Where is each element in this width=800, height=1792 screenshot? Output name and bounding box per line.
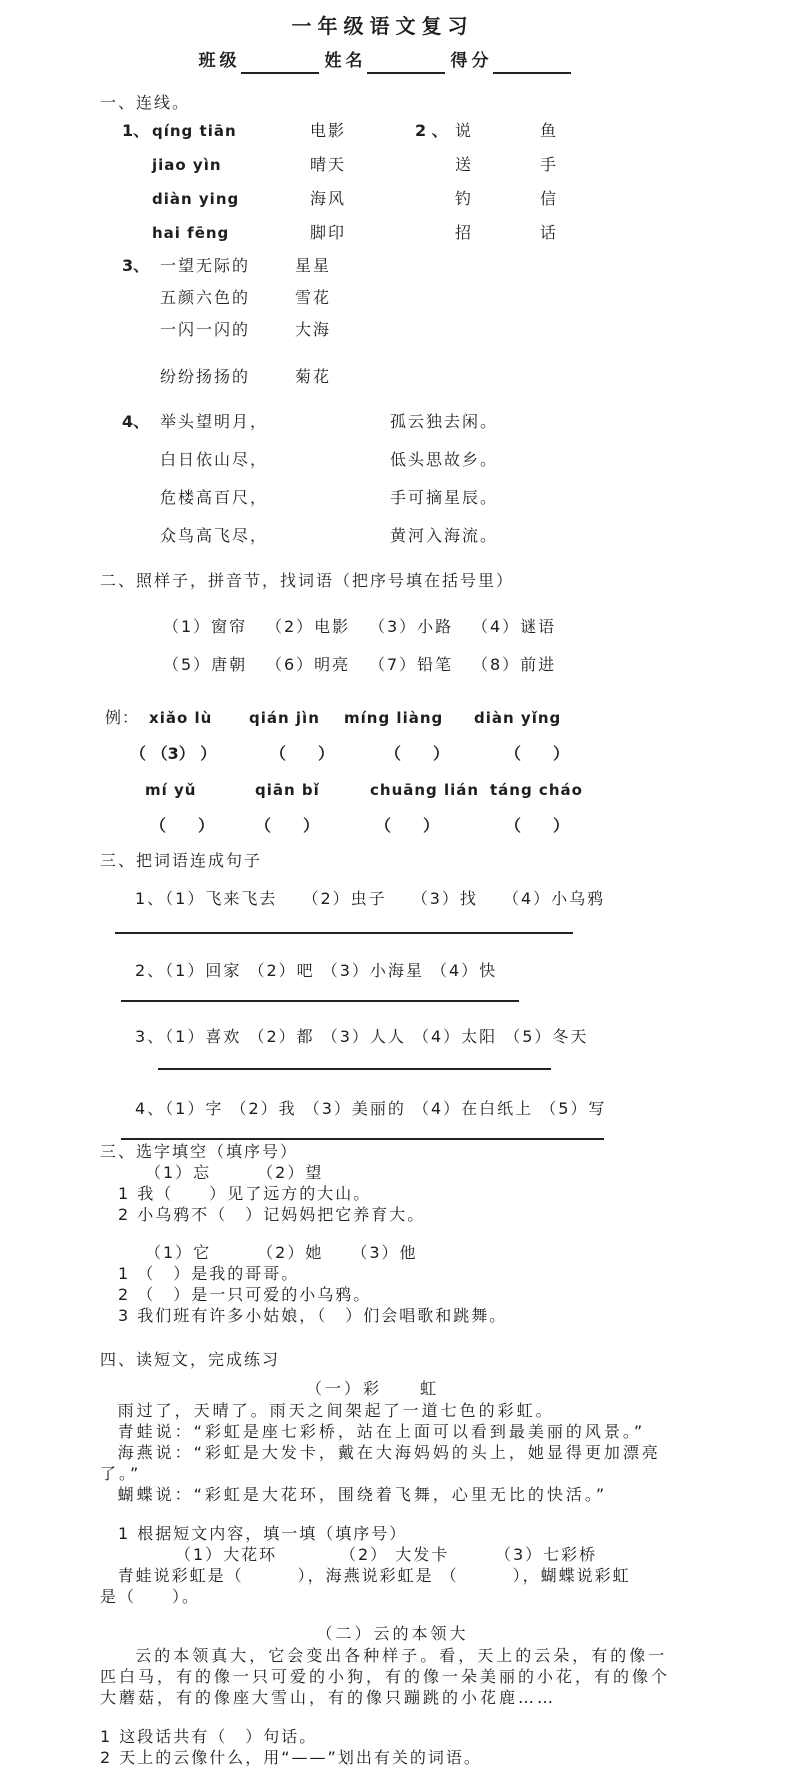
poem-line: 白日依山尽， bbox=[160, 449, 390, 471]
match-word: 大海 bbox=[295, 319, 331, 341]
passage1-title: （一）彩 虹 bbox=[100, 1378, 705, 1400]
pinyin-row: mí yǔ qiān bǐ chuāng lián táng cháo bbox=[145, 772, 705, 808]
match-word: 海风 bbox=[310, 188, 415, 210]
match-row: 危楼高百尺， 手可摘星辰。 bbox=[122, 479, 705, 517]
word-list-row: （1）窗帘 （2）电影 （3）小路 （4）谜语 bbox=[163, 608, 705, 646]
answer-bracket-row: （ ） （ ） （ ） （ ） bbox=[150, 808, 705, 844]
match-row: 众鸟高飞尽， 黄河入海流。 bbox=[122, 517, 705, 555]
poem-line: 黄河入海流。 bbox=[390, 525, 498, 547]
pinyin-word: diàn yǐng bbox=[474, 707, 561, 729]
match-word: 钓 bbox=[455, 188, 540, 210]
pinyin-word: chuāng lián bbox=[370, 779, 490, 801]
group1-number: 1、 bbox=[122, 120, 152, 142]
pinyin-word: diàn ying bbox=[152, 188, 310, 210]
section4-heading: 三、选字填空（填序号） bbox=[100, 1141, 705, 1162]
class-blank-line bbox=[241, 48, 319, 74]
pinyin-example-row: 例： xiǎo lù qián jìn míng liàng diàn yǐng bbox=[105, 700, 705, 736]
match-row: 1、 qíng tiān 电影 2 、 说 鱼 bbox=[122, 114, 705, 148]
example-label: 例： bbox=[105, 707, 139, 729]
pinyin-word: hai fēng bbox=[152, 222, 310, 244]
match-word: 话 bbox=[540, 222, 558, 244]
group2-number: 2 、 bbox=[415, 120, 455, 142]
pinyin-word: jiao yìn bbox=[152, 154, 310, 176]
passage1-line: 雨过了，天晴了。雨天之间架起了一道七色的彩虹。 bbox=[100, 1400, 705, 1421]
passage2-line: 云的本领真大，它会变出各种样子。看，天上的云朵，有的像一 bbox=[100, 1645, 705, 1666]
group4-number: 4、 bbox=[122, 411, 160, 433]
section5-heading: 四、读短文，完成练习 bbox=[100, 1349, 705, 1371]
sentence-words-item: 3、（1）喜欢 （2）都 （3）人人 （4）太阳 （5）冬天 bbox=[135, 1026, 705, 1048]
match-row: jiao yìn 晴天 送 手 bbox=[122, 148, 705, 182]
fill-question: 3 我们班有许多小姑娘，（ ）们会唱歌和跳舞。 bbox=[118, 1305, 705, 1326]
pinyin-word: xiǎo lù bbox=[149, 707, 249, 729]
worksheet-page: 一年级语文复习 班级 姓名 得分 一、连线。 1、 qíng tiān 电影 2… bbox=[0, 0, 800, 1792]
passage2-question: 2 天上的云像什么，用“——”划出有关的词语。 bbox=[100, 1747, 705, 1768]
match-row: 白日依山尽， 低头思故乡。 bbox=[122, 441, 705, 479]
page-title: 一年级语文复习 bbox=[100, 12, 705, 40]
name-label: 姓名 bbox=[325, 48, 367, 74]
poem-line: 孤云独去闲。 bbox=[390, 411, 498, 433]
group3-number: 3、 bbox=[122, 255, 160, 277]
score-blank-line bbox=[493, 48, 571, 74]
class-label: 班级 bbox=[199, 48, 241, 74]
match-word: 脚印 bbox=[310, 222, 415, 244]
match-word: 雪花 bbox=[295, 287, 331, 309]
match-word: 手 bbox=[540, 154, 558, 176]
sentence-words-item: 2、（1）回家 （2）吧 （3）小海星 （4）快 bbox=[135, 960, 705, 982]
option-item: （2） 大发卡 bbox=[340, 1544, 495, 1565]
word-option: （6）明亮 bbox=[266, 654, 369, 676]
match-word: 鱼 bbox=[540, 120, 558, 142]
word-option: （8）前进 bbox=[472, 654, 556, 676]
match-row: 纷纷扬扬的 菊花 bbox=[122, 361, 705, 393]
passage2-line: 大蘑菇，有的像座大雪山，有的像只蹦跳的小花鹿…… bbox=[100, 1687, 705, 1708]
passage2-question: 1 这段话共有（ ）句话。 bbox=[100, 1726, 705, 1747]
name-blank-line bbox=[367, 48, 445, 74]
match-row: hai fēng 脚印 招 话 bbox=[122, 216, 705, 250]
match-phrase: 纷纷扬扬的 bbox=[160, 366, 295, 388]
match-word: 信 bbox=[540, 188, 558, 210]
sentence-words-item: 1、（1）飞来飞去 （2）虫子 （3）找 （4）小乌鸦 bbox=[135, 888, 705, 910]
answer-bracket: （ ） bbox=[270, 743, 385, 765]
character-choices: （1）忘 （2）望 bbox=[145, 1162, 705, 1183]
match-row: 五颜六色的 雪花 bbox=[122, 282, 705, 314]
match-row: 4、 举头望明月， 孤云独去闲。 bbox=[122, 403, 705, 441]
header-fields: 班级 姓名 得分 bbox=[100, 48, 705, 74]
match-word: 送 bbox=[455, 154, 540, 176]
answer-bracket: （ ） bbox=[505, 743, 569, 765]
option-item: （1）大花环 bbox=[175, 1544, 340, 1565]
match-row: 3、 一望无际的 星星 bbox=[122, 250, 705, 282]
match-word: 招 bbox=[455, 222, 540, 244]
poem-line: 众鸟高飞尽， bbox=[160, 525, 390, 547]
passage2-title: （二）云的本领大 bbox=[100, 1623, 705, 1645]
word-option: （5）唐朝 bbox=[163, 654, 266, 676]
pinyin-word: táng cháo bbox=[490, 779, 583, 801]
match-word: 晴天 bbox=[310, 154, 415, 176]
passage1-fill-line: 是（ ）。 bbox=[100, 1586, 705, 1607]
word-option: （7）铅笔 bbox=[369, 654, 472, 676]
answer-line bbox=[115, 932, 573, 934]
word-option: （3）小路 bbox=[369, 616, 472, 638]
passage1-line: 海燕说：“彩虹是大发卡，戴在大海妈妈的头上，她显得更加漂亮 bbox=[100, 1442, 705, 1463]
match-phrase: 五颜六色的 bbox=[160, 287, 295, 309]
match-phrase: 一闪一闪的 bbox=[160, 319, 295, 341]
answer-line bbox=[121, 1138, 604, 1140]
character-choices: （1）它 （2）她 （3）他 bbox=[145, 1242, 705, 1263]
answer-bracket: （ ） bbox=[255, 815, 375, 837]
fill-question: 1 我（ ）见了远方的大山。 bbox=[118, 1183, 705, 1204]
answer-bracket: （ ） bbox=[505, 815, 569, 837]
word-option: （4）谜语 bbox=[472, 616, 556, 638]
word-list-row: （5）唐朝 （6）明亮 （7）铅笔 （8）前进 bbox=[163, 646, 705, 684]
passage1-line: 蝴蝶说：“彩虹是大花环，围绕着飞舞，心里无比的快活。” bbox=[100, 1484, 705, 1505]
match-word: 星星 bbox=[295, 255, 331, 277]
section2-heading: 二、照样子，拼音节，找词语（把序号填在括号里） bbox=[100, 570, 705, 592]
sentence-words-item: 4、（1）字 （2）我 （3）美丽的 （4）在白纸上 （5）写 bbox=[135, 1098, 705, 1120]
poem-line: 手可摘星辰。 bbox=[390, 487, 498, 509]
passage1-options-row: （1）大花环 （2） 大发卡 （3）七彩桥 bbox=[175, 1544, 705, 1565]
fill-question: 1 （ ）是我的哥哥。 bbox=[118, 1263, 705, 1284]
answer-bracket: （ （3） ） bbox=[130, 743, 270, 765]
option-item: （3）七彩桥 bbox=[495, 1544, 597, 1565]
answer-bracket: （ ） bbox=[375, 815, 505, 837]
answer-line bbox=[121, 1000, 519, 1002]
pinyin-word: míng liàng bbox=[344, 707, 474, 729]
pinyin-word: qíng tiān bbox=[152, 120, 310, 142]
section3-heading: 三、把词语连成句子 bbox=[100, 850, 705, 872]
fill-question: 2 （ ）是一只可爱的小乌鸦。 bbox=[118, 1284, 705, 1305]
answer-line bbox=[158, 1068, 551, 1070]
word-option: （2）电影 bbox=[266, 616, 369, 638]
score-label: 得分 bbox=[451, 48, 493, 74]
passage2-line: 匹白马，有的像一只可爱的小狗，有的像一朵美丽的小花，有的像个 bbox=[100, 1666, 705, 1687]
answer-bracket: （ ） bbox=[150, 815, 255, 837]
poem-line: 低头思故乡。 bbox=[390, 449, 498, 471]
pinyin-word: qiān bǐ bbox=[255, 779, 370, 801]
fill-question: 2 小乌鸦不（ ）记妈妈把它养育大。 bbox=[118, 1204, 705, 1225]
pinyin-word: qián jìn bbox=[249, 707, 344, 729]
match-word: 电影 bbox=[310, 120, 415, 142]
passage1-question-heading: 1 根据短文内容，填一填（填序号） bbox=[118, 1523, 705, 1544]
match-row: 一闪一闪的 大海 bbox=[122, 314, 705, 346]
poem-line: 危楼高百尺， bbox=[160, 487, 390, 509]
match-word: 菊花 bbox=[295, 366, 331, 388]
passage1-line: 了。” bbox=[100, 1463, 705, 1484]
match-row: diàn ying 海风 钓 信 bbox=[122, 182, 705, 216]
pinyin-word: mí yǔ bbox=[145, 779, 255, 801]
match-word: 说 bbox=[455, 120, 540, 142]
passage1-fill-line: 青蛙说彩虹是（ ），海燕说彩虹是 （ ），蝴蝶说彩虹 bbox=[100, 1565, 705, 1586]
section1-heading: 一、连线。 bbox=[100, 92, 705, 114]
passage1-line: 青蛙说：“彩虹是座七彩桥，站在上面可以看到最美丽的风景。” bbox=[100, 1421, 705, 1442]
answer-bracket: （ ） bbox=[385, 743, 505, 765]
match-phrase: 一望无际的 bbox=[160, 255, 295, 277]
word-option: （1）窗帘 bbox=[163, 616, 266, 638]
answer-bracket-row: （ （3） ） （ ） （ ） （ ） bbox=[130, 736, 705, 772]
poem-line: 举头望明月， bbox=[160, 411, 390, 433]
